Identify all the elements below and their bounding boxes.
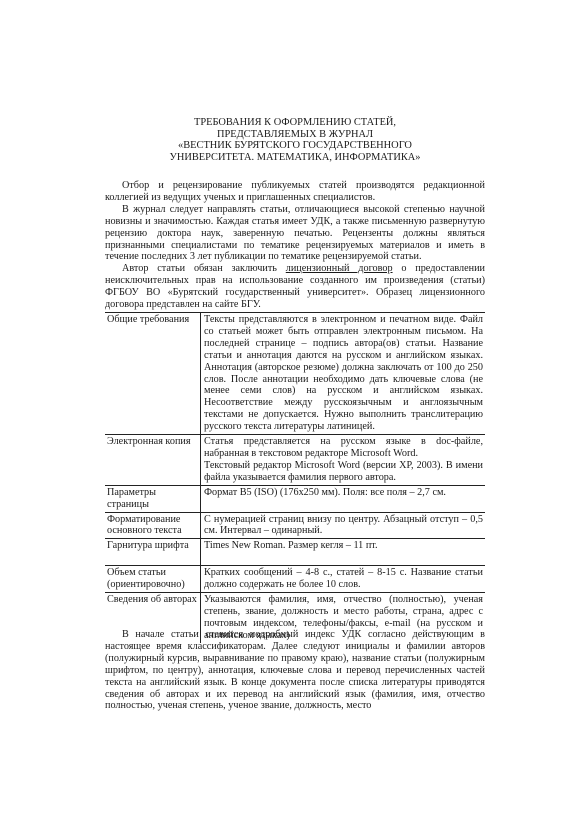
title-line: ПРЕДСТАВЛЯЕМЫХ В ЖУРНАЛ <box>105 129 485 141</box>
row-label: Общие требования <box>105 313 201 435</box>
table-row: Электронная копия Статья представляется … <box>105 435 485 486</box>
intro-paragraph: В журнал следует направлять статьи, отли… <box>105 204 485 264</box>
requirements-table: Общие требования Тексты представляются в… <box>105 312 485 643</box>
row-label: Форматирование основного текста <box>105 512 201 539</box>
table-row: Гарнитура шрифта Times New Roman. Размер… <box>105 539 485 566</box>
row-label: Объем статьи (ориентировочно) <box>105 566 201 593</box>
document-title: ТРЕБОВАНИЯ К ОФОРМЛЕНИЮ СТАТЕЙ, ПРЕДСТАВ… <box>105 117 485 163</box>
table-row: Параметры страницы Формат B5 (ISO) (176x… <box>105 485 485 512</box>
outro-section: В начале статьи ставится подробный индек… <box>105 629 485 712</box>
text: Автор статьи обязан заключить <box>122 263 286 274</box>
intro-paragraph: Отбор и рецензирование публикуемых стате… <box>105 180 485 204</box>
row-value: Times New Roman. Размер кегля – 11 пт. <box>201 539 486 566</box>
intro-paragraph: Автор статьи обязан заключить лицензионн… <box>105 263 485 311</box>
license-agreement-link[interactable]: лицензионный договор <box>286 263 393 274</box>
row-label: Гарнитура шрифта <box>105 539 201 566</box>
title-line: УНИВЕРСИТЕТА. МАТЕМАТИКА, ИНФОРМАТИКА» <box>105 152 485 164</box>
table-row: Форматирование основного текста С нумера… <box>105 512 485 539</box>
title-line: ТРЕБОВАНИЯ К ОФОРМЛЕНИЮ СТАТЕЙ, <box>105 117 485 129</box>
table-row: Общие требования Тексты представляются в… <box>105 313 485 435</box>
intro-section: Отбор и рецензирование публикуемых стате… <box>105 180 485 311</box>
row-value-line: Статья представляется на русском языке в… <box>204 436 483 460</box>
row-value: Формат B5 (ISO) (176x250 мм). Поля: все … <box>201 485 486 512</box>
row-value: С нумерацией страниц внизу по центру. Аб… <box>201 512 486 539</box>
row-label: Электронная копия <box>105 435 201 486</box>
outro-paragraph: В начале статьи ставится подробный индек… <box>105 629 485 712</box>
table-row: Объем статьи (ориентировочно) Кратких со… <box>105 566 485 593</box>
row-value: Статья представляется на русском языке в… <box>201 435 486 486</box>
title-line: «ВЕСТНИК БУРЯТСКОГО ГОСУДАРСТВЕННОГО <box>105 140 485 152</box>
row-value-line: Текстовый редактор Microsoft Word (верси… <box>204 460 483 484</box>
row-value: Тексты представляются в электронном и пе… <box>201 313 486 435</box>
row-value: Кратких сообщений – 4-8 с., статей – 8-1… <box>201 566 486 593</box>
row-label: Параметры страницы <box>105 485 201 512</box>
